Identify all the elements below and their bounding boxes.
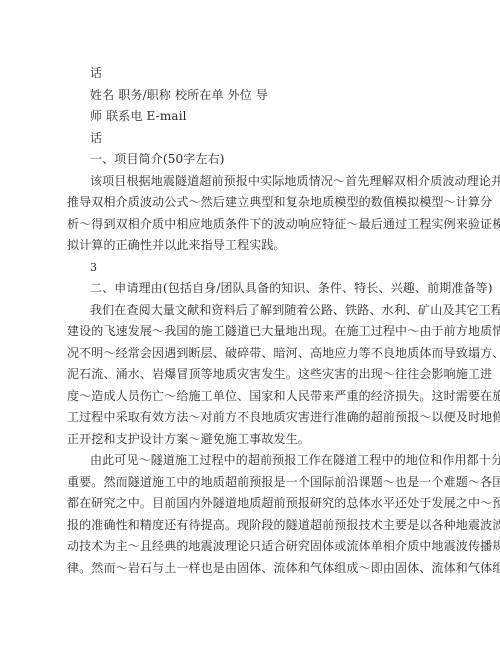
paragraph-line: 该项目根据地震隧道超前预报中实际地质情况～首先理解双相介质波动理论并: [67, 171, 435, 193]
paragraph-line: 析～得到双相介质中相应地质条件下的波动响应特征～最后通过工程实例来验证模: [67, 214, 435, 236]
header-line: 师 联系电 E-mail: [67, 106, 435, 128]
paragraph-line: 推导双相介质波动公式～然后建立典型和复杂地质模型的数值模拟模型～计算分: [67, 192, 435, 214]
section-heading: 二、申请理由(包括自身/团队具备的知识、条件、特长、兴趣、前期准备等): [67, 278, 435, 300]
paragraph-line: 重要。然而隧道施工中的地质超前预报是一个国际前沿课题～也是一个难题～各国: [67, 472, 435, 494]
paragraph-line: 动技术为主～且经典的地震波理论只适合研究固体或流体单相介质中地震波传播规: [67, 536, 435, 558]
header-line: 话: [67, 128, 435, 150]
paragraph-line: 工过程中采取有效方法～对前方不良地质灾害进行准确的超前预报～以便及时地修: [67, 407, 435, 429]
paragraph-line: 况不明～经常会因遇到断层、破碎带、暗河、高地应力等不良地质体而导致塌方、: [67, 343, 435, 365]
paragraph-line: 泥石流、涌水、岩爆冒顶等地质灾害发生。这些灾害的出现～往往会影响施工进: [67, 364, 435, 386]
header-line: 话: [67, 63, 435, 85]
paragraph-line: 度～造成人员伤亡～给施工单位、国家和人民带来严重的经济损失。这时需要在施: [67, 386, 435, 408]
paragraph-line: 建设的飞速发展～我国的施工隧道已大量地出现。在施工过程中～由于前方地质情: [67, 321, 435, 343]
paragraph-line: 拟计算的正确性并以此来指导工程实践。: [67, 235, 435, 257]
document-page: 话 姓名 职务/职称 校所在单 外位 导 师 联系电 E-mail 话 一、项目…: [67, 63, 435, 579]
page-number: 3: [67, 257, 435, 279]
paragraph-line: 报的准确性和精度还有待提高。现阶段的隧道超前预报技术主要是以各种地震波波: [67, 515, 435, 537]
paragraph-line: 正开挖和支护设计方案～避免施工事故发生。: [67, 429, 435, 451]
paragraph-line: 律。然而～岩石与土一样也是由固体、流体和气体组成～即由固体、流体和气体组: [67, 558, 435, 580]
paragraph-line: 我们在查阅大量文献和资料后了解到随着公路、铁路、水利、矿山及其它工程: [67, 300, 435, 322]
paragraph-line: 都在研究之中。目前国内外隧道地质超前预报研究的总体水平还处于发展之中～预: [67, 493, 435, 515]
paragraph-line: 由此可见～隧道施工过程中的超前预报工作在隧道工程中的地位和作用都十分: [67, 450, 435, 472]
header-line: 姓名 职务/职称 校所在单 外位 导: [67, 85, 435, 107]
section-heading: 一、项目简介(50字左右): [67, 149, 435, 171]
